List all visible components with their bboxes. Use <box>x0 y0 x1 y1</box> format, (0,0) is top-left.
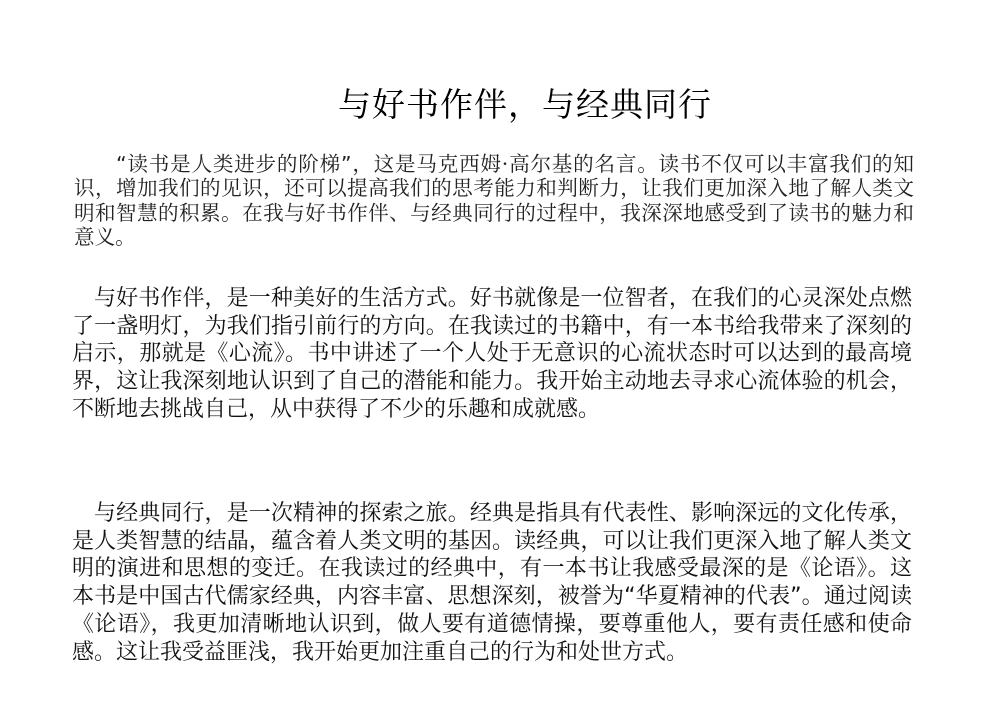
gorky-quote: “读书是人类进步的阶梯”，这是 <box>116 152 416 176</box>
paragraph-classics: 与经典同行，是一次精神的探索之旅。经典是指具有代表性、影响深远的文化传承，是人类… <box>72 500 912 666</box>
paragraph-intro: “读书是人类进步的阶梯”，这是马克西姆·高尔基的名言。读书不仅可以丰富我们的知识… <box>74 152 914 249</box>
document-title: 与好书作伴，与经典同行 <box>0 83 993 127</box>
paragraph-good-books: 与好书作伴，是一种美好的生活方式。好书就像是一位智者，在我们的心灵深处点燃了一盏… <box>72 285 912 424</box>
